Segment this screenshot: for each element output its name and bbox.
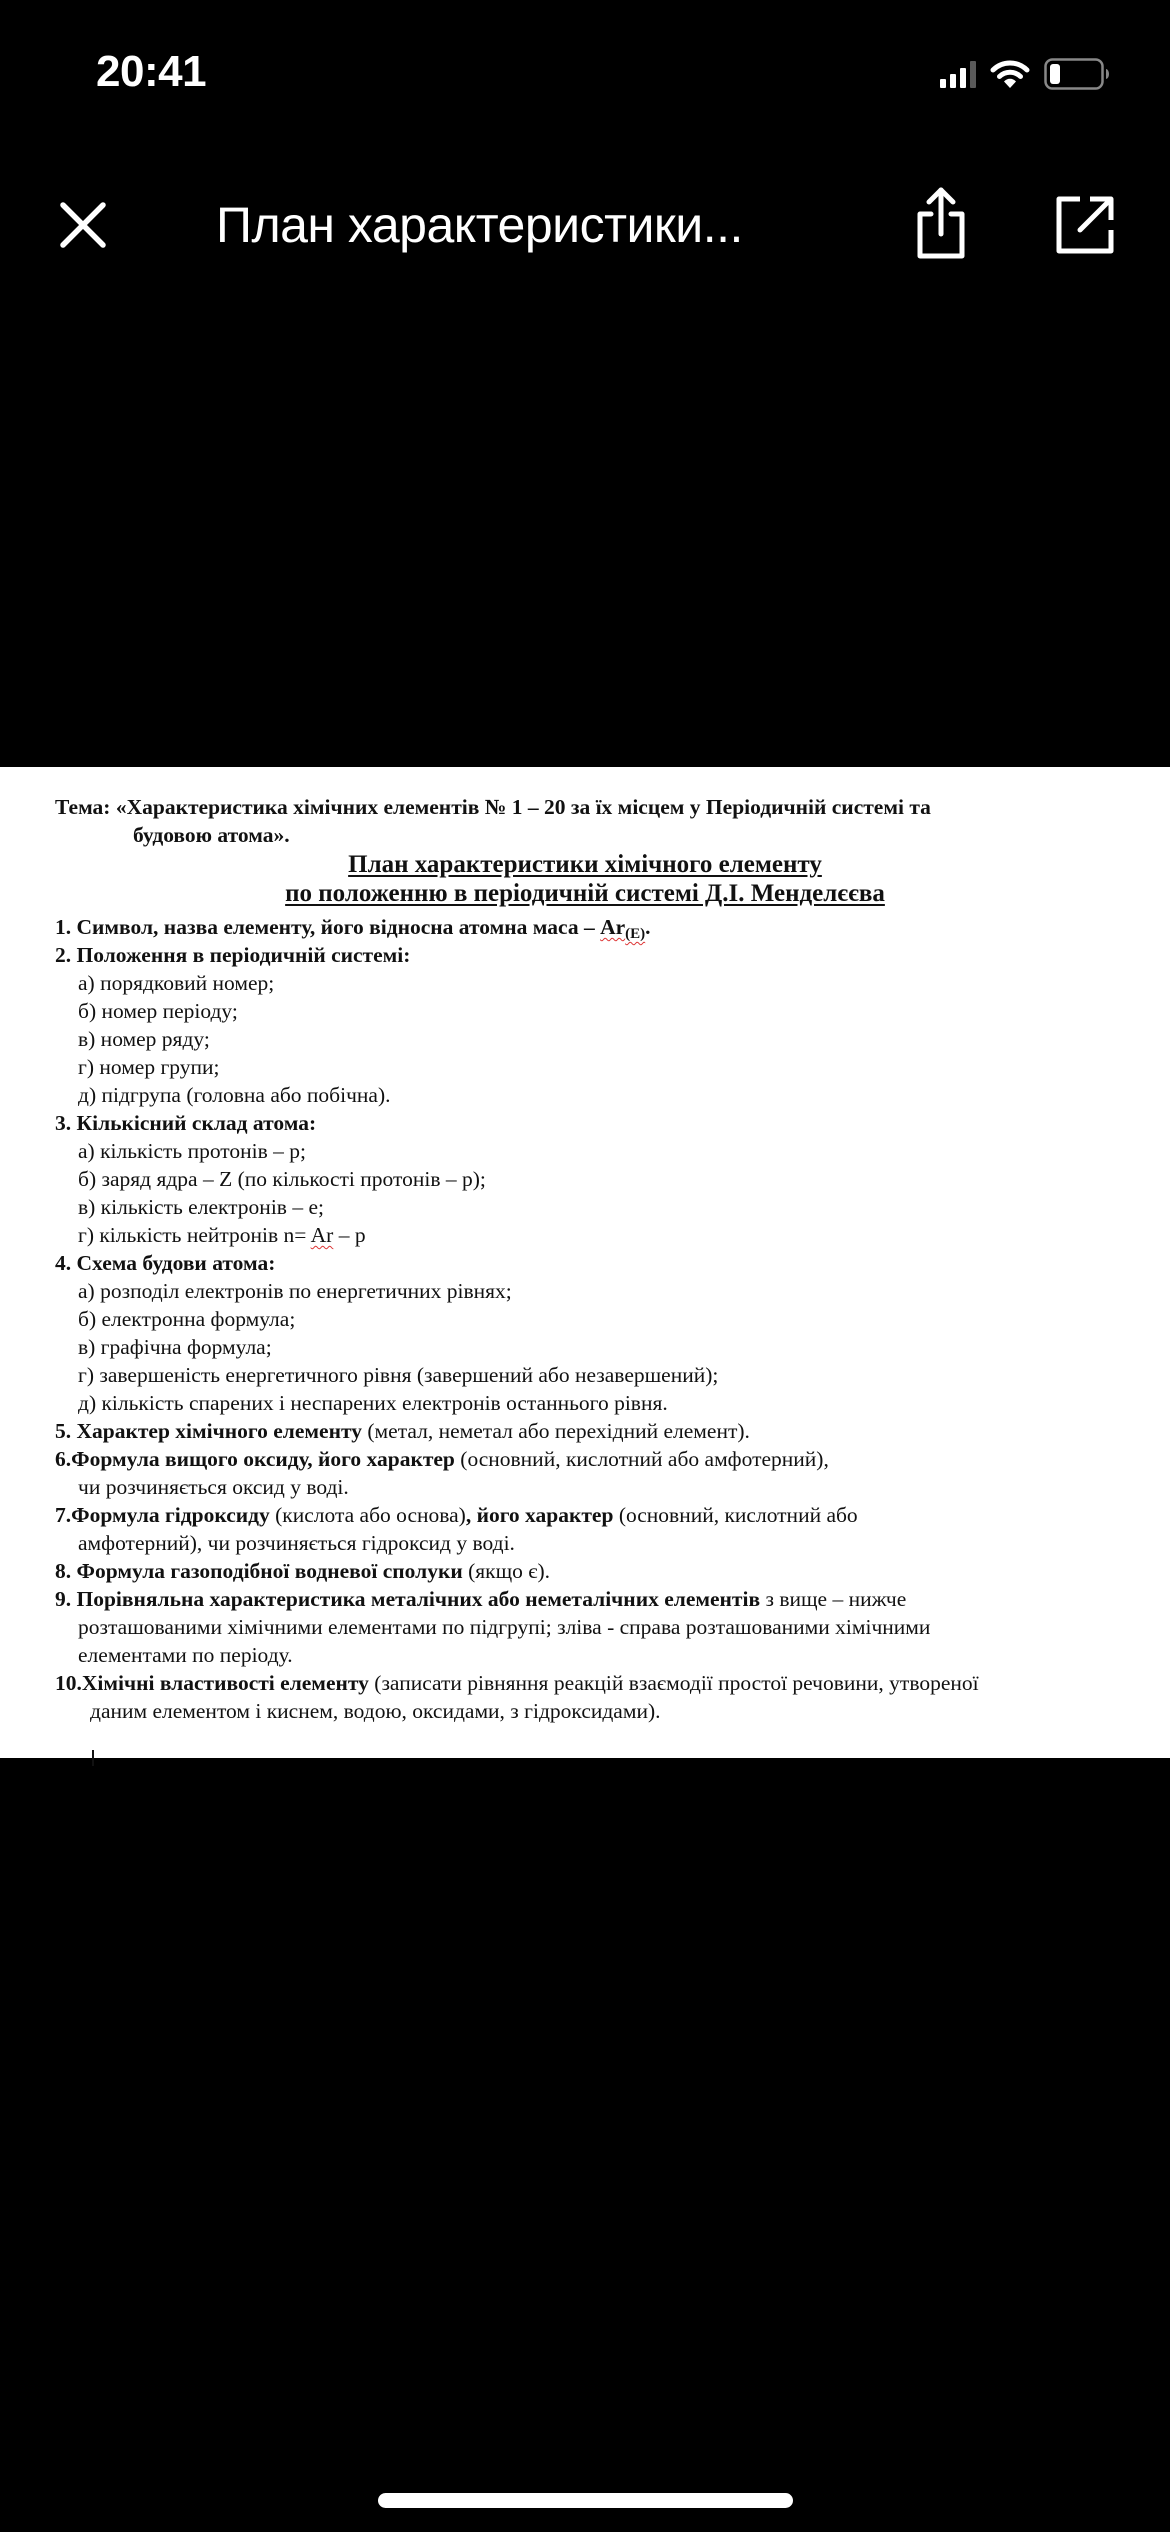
item-5: 5. Характер хімічного елементу (метал, н… (55, 1417, 750, 1445)
item-3-sub-d: г) кількість нейтронів n= Ar – p (78, 1221, 366, 1249)
item-9: 9. Порівняльна характеристика металічних… (55, 1585, 906, 1613)
item-10: 10.Хімічні властивості елементу (записат… (55, 1669, 979, 1697)
item-9-line-2: розташованими хімічними елементами по пі… (78, 1613, 930, 1641)
item-2-sub-a: а) порядковий номер; (78, 969, 274, 997)
item-4-title: 4. Схема будови атома: (55, 1249, 275, 1277)
item-6: 6.Формула вищого оксиду, його характер (… (55, 1445, 829, 1473)
item-2-sub-d: г) номер групи; (78, 1053, 220, 1081)
home-indicator[interactable] (378, 2493, 793, 2508)
share-icon (910, 186, 972, 262)
text-cursor (92, 1750, 94, 1766)
open-external-icon (1054, 194, 1116, 256)
item-7-line-2: амфотерний), чи розчиняється гідроксид у… (78, 1529, 515, 1557)
status-time: 20:41 (96, 47, 206, 97)
item-9-line-3: елементами по періоду. (78, 1641, 293, 1669)
item-4-sub-e: д) кількість спарених і неспарених елект… (78, 1389, 668, 1417)
item-4-sub-d: г) завершеність енергетичного рівня (зав… (78, 1361, 718, 1389)
item-4-sub-c: в) графічна формула; (78, 1333, 272, 1361)
item-10-line-2: даним елементом і киснем, водою, оксидам… (90, 1697, 661, 1725)
heading-line-2: по положенню в періодичній системі Д.І. … (0, 879, 1170, 909)
item-7: 7.Формула гідроксиду (кислота або основа… (55, 1501, 858, 1529)
item-2-sub-c: в) номер ряду; (78, 1025, 210, 1053)
item-2-title: 2. Положення в періодичній системі: (55, 941, 410, 969)
item-2-sub-e: д) підгрупа (головна або побічна). (78, 1081, 391, 1109)
status-icons (940, 56, 1110, 92)
document-page: Тема: «Характеристика хімічних елементів… (0, 767, 1170, 1758)
topic-line-2: будовою атома». (133, 821, 290, 849)
document-title: План характеристики... (216, 196, 743, 254)
wifi-icon (990, 59, 1030, 89)
open-external-button[interactable] (1054, 194, 1116, 256)
share-button[interactable] (910, 186, 972, 262)
item-2-sub-b: б) номер періоду; (78, 997, 238, 1025)
item-3-sub-a: а) кількість протонів – р; (78, 1137, 306, 1165)
item-6-line-2: чи розчиняється оксид у воді. (78, 1473, 349, 1501)
item-4-sub-a: а) розподіл електронів по енергетичних р… (78, 1277, 512, 1305)
item-3-sub-c: в) кількість електронів – е; (78, 1193, 324, 1221)
cellular-signal-icon (940, 61, 976, 88)
item-4-sub-b: б) електронна формула; (78, 1305, 295, 1333)
item-8: 8. Формула газоподібної водневої сполуки… (55, 1557, 550, 1585)
item-3-title: 3. Кількісний склад атома: (55, 1109, 316, 1137)
close-icon (56, 198, 110, 252)
close-button[interactable] (56, 198, 110, 252)
battery-low-icon (1044, 58, 1110, 90)
heading-line-1: План характеристики хімічного елементу (0, 850, 1170, 880)
item-3-sub-b: б) заряд ядра – Z (по кількості протонів… (78, 1165, 486, 1193)
topic-line: Тема: «Характеристика хімічних елементів… (55, 793, 931, 821)
